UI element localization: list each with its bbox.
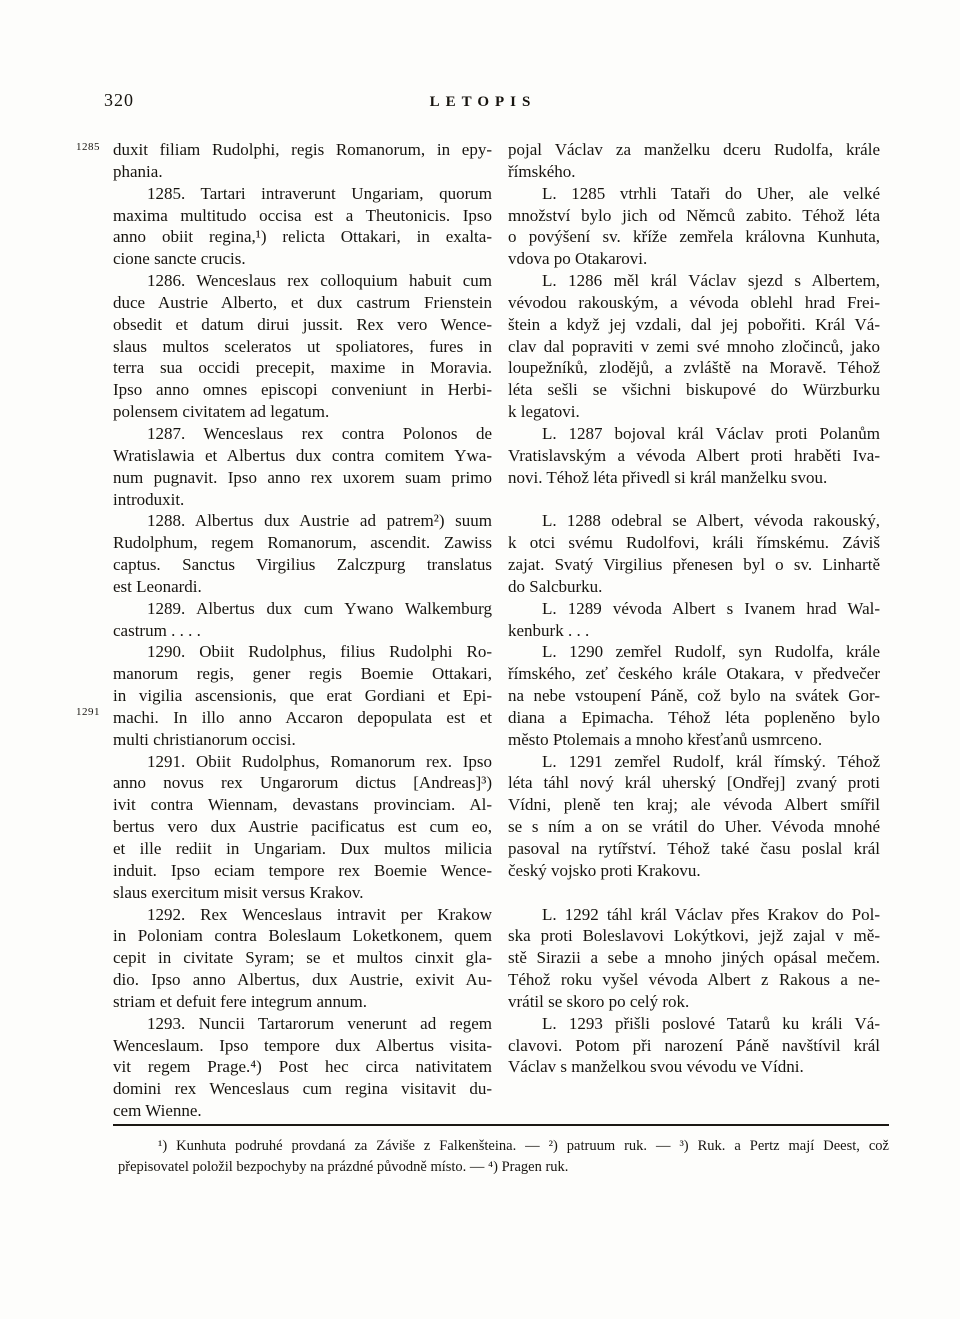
text-line: diana a Epimacha. Téhož léta popleněno b… [508,707,880,729]
text-line: se s ním a on se vrátil do Uher. Vévoda … [508,816,880,838]
text-line: český vojsko proti Krakovu. [508,860,880,882]
text-line: pasoval na rytířství. Téhož také času po… [508,838,880,860]
text-line: cepit in civitate Syram; se et multos ci… [113,947,492,969]
text-line: 1291. Obiit Rudolphus, Romanorum rex. Ip… [113,751,492,773]
text-line: in vigilia ascensionis, que erat Gordian… [113,685,492,707]
text-line: Rudolphum, regem Romanorum, ascendit. Za… [113,532,492,554]
latin-column: duxit filiam Rudolphi, regis Romanorum, … [113,139,492,1122]
text-line: 1285. Tartari intraverunt Ungariam, quor… [113,183,492,205]
text-line: captus. Sanctus Virgilius Zalczpurg tran… [113,554,492,576]
text-line: L. 1285 vtrhli Tataři do Uher, ale velké [508,183,880,205]
text-line: Téhož roku vyšel vévoda Albert z Rakous … [508,969,880,991]
text-line: et ille rediit in Ungariam. Dux multos m… [113,838,492,860]
text-line: L. 1291 zemřel Rudolf, král římský. Tého… [508,751,880,773]
text-line: castrum . . . . [113,620,492,642]
text-line: dio. Ipso anno Albertus, dux Austrie, ex… [113,969,492,991]
page: 320 LETOPIS 1285 1291 duxit filiam Rudol… [0,0,960,1319]
text-line: machi. In illo anno Accaron depopulata e… [113,707,492,729]
text-line: 1287. Wenceslaus rex contra Polonos de [113,423,492,445]
paragraph-gap [508,489,880,511]
text-line: k otci svému Rudolfovi, králi římskému. … [508,532,880,554]
text-line: multi christianorum occisi. [113,729,492,751]
text-line: Wratislawia et Albertus dux contra comit… [113,445,492,467]
text-line: vdova po Otakarovi. [508,248,880,270]
text-line: novi. Téhož léta přivedl si král manželk… [508,467,880,489]
text-line: léta sešli se všichni biskupové do Würzb… [508,379,880,401]
text-line: bertus vero dux Austrie pacificatus est … [113,816,492,838]
footnote-rule [113,1124,889,1126]
text-line: do Salcburku. [508,576,880,598]
text-line: L. 1292 táhl král Václav přes Krakov do … [508,904,880,926]
text-line: duce Austrie Alberto, et dux castrum Fri… [113,292,492,314]
text-line: L. 1290 zemřel Rudolf, syn Rudolfa, král… [508,641,880,663]
text-line: štein a když jej vzdali, dal jej pobořit… [508,314,880,336]
text-line: o povýšení sv. kříže zemřela královna Ku… [508,226,880,248]
running-head: LETOPIS [0,94,960,111]
text-line: 1288. Albertus dux Austrie ad patrem²) s… [113,510,492,532]
text-line: množství bylo jich od Němců zabito. Tého… [508,205,880,227]
text-line: polensem civitatem ad legatum. [113,401,492,423]
text-line: k legatovi. [508,401,880,423]
text-line: kenburk . . . [508,620,880,642]
text-line: clav dal popraviti v zemi své mnoho zloč… [508,336,880,358]
text-line: cem Wienne. [113,1100,492,1122]
margin-note-1285: 1285 [76,141,106,153]
text-line: L. 1289 vévoda Albert s Ivanem hrad Wal- [508,598,880,620]
text-line: obsedit et datum dirui jussit. Rex vero … [113,314,492,336]
text-line: zajat. Svatý Virgilius přenesen byl o sv… [508,554,880,576]
text-line: ska proti Boleslavovi Lokýtkovi, jejž za… [508,925,880,947]
text-line: anno obiit regina,¹) relicta Ottakari, i… [113,226,492,248]
text-line: město Ptolemais a mnoho křesťanů usmrcen… [508,729,880,751]
text-line: 1290. Obiit Rudolphus, filius Rudolphi R… [113,641,492,663]
footnotes: ¹) Kunhuta podruhé provdaná za Záviše z … [118,1136,889,1178]
text-line: L. 1293 přišli poslové Tatarů ku králi V… [508,1013,880,1035]
text-line: in Poloniam contra Boleslaum Loketkonem,… [113,925,492,947]
text-line: maxima multitudo occisa est a Theutonici… [113,205,492,227]
footnote-line: ¹) Kunhuta podruhé provdaná za Záviše z … [118,1136,889,1157]
text-line: 1286. Wenceslaus rex colloquium habuit c… [113,270,492,292]
text-line: duxit filiam Rudolphi, regis Romanorum, … [113,139,492,161]
text-line: Vídni, pleně ten kraj; ale vévoda Albert… [508,794,880,816]
text-line: slaus exercitum misit versus Krakov. [113,882,492,904]
text-line: 1292. Rex Wenceslaus intravit per Krakow [113,904,492,926]
text-line: římského, zeť českého krále Otakara, v p… [508,663,880,685]
text-line: est Leonardi. [113,576,492,598]
text-line: manorum regis, gener regis Boemie Ottaka… [113,663,492,685]
footnote-line: přepisovatel položil bezpochyby na prázd… [118,1157,889,1178]
text-line: slaus multos sceleratos ut spoliatores, … [113,336,492,358]
text-line: num pugnavit. Ipso anno rex uxorem suam … [113,467,492,489]
text-line: introduxit. [113,489,492,511]
text-line: induit. Ipso eciam tempore rex Boemie We… [113,860,492,882]
margin-note-1291: 1291 [76,706,106,718]
text-line: léta táhl nový král uherský [Ondřej] zva… [508,772,880,794]
text-line: vit regem Prage.⁴) Post hec circa nativi… [113,1056,492,1078]
text-line: na nebe vstoupení Páně, což bylo na svát… [508,685,880,707]
text-line: Wenceslaum. Ipso tempore dux Albertus vi… [113,1035,492,1057]
text-line: pojal Václav za manželku dceru Rudolfa, … [508,139,880,161]
text-line: Vratislavským a vévoda Albert proti hrab… [508,445,880,467]
text-line: L. 1286 měl král Václav sjezd s Albertem… [508,270,880,292]
text-line: Ipso anno omnes episcopi conveniunt in H… [113,379,492,401]
paragraph-gap [508,882,880,904]
text-line: římského. [508,161,880,183]
text-line: terra sua occidi precepit, maxime in Mor… [113,357,492,379]
text-line: stě Sirazii a sebe a mnoho jiných opásal… [508,947,880,969]
text-line: 1289. Albertus dux cum Ywano Walkemburg [113,598,492,620]
text-line: loupežníků, zlodějů, a zvláště na Moravě… [508,357,880,379]
text-line: clavovi. Potom při narození Páně navštív… [508,1035,880,1057]
text-line: Václav s manželkou svou vévodu ve Vídni. [508,1056,880,1078]
text-line: striam et defuit fere integrum annum. [113,991,492,1013]
text-line: phania. [113,161,492,183]
text-line: anno novus rex Ungarorum dictus [Andreas… [113,772,492,794]
text-line: 1293. Nuncii Tartarorum venerunt ad rege… [113,1013,492,1035]
text-line: cione sancte crucis. [113,248,492,270]
text-line: ivit contra Wiennam, devastans provincia… [113,794,492,816]
text-line: domini rex Wenceslaus cum regina visitav… [113,1078,492,1100]
text-line: vrátil se skoro po celý rok. [508,991,880,1013]
text-line: vévodou rakouským, a vévoda oblehl hrad … [508,292,880,314]
czech-column: pojal Václav za manželku dceru Rudolfa, … [508,139,880,1078]
text-line: L. 1287 bojoval král Václav proti Polanů… [508,423,880,445]
text-line: L. 1288 odebral se Albert, vévoda rakous… [508,510,880,532]
